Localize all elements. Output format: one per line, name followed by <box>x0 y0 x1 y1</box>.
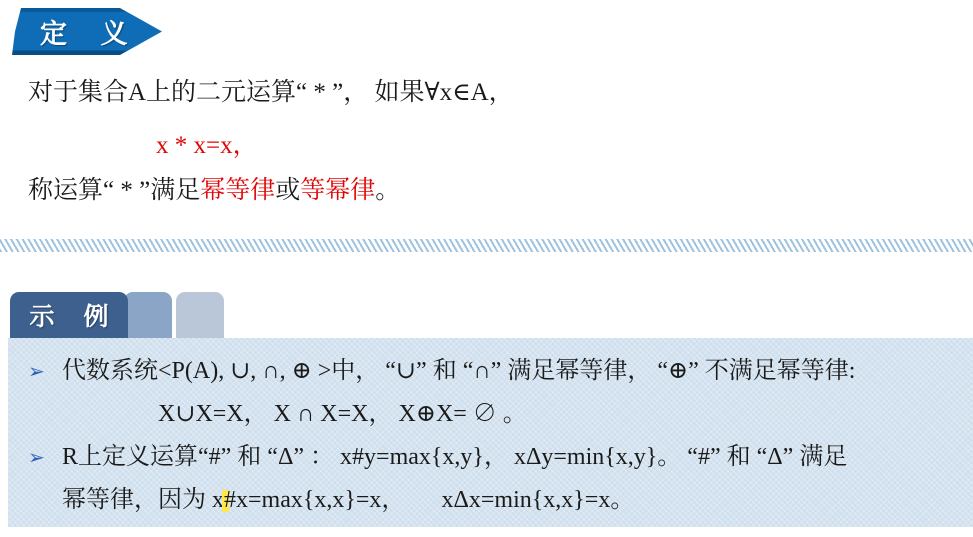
slide: 定 义 对于集合A上的二元运算“ * ”， 如果∀x∈A， x * x=x， 称… <box>0 0 973 537</box>
example-tab-mid-decoration <box>124 292 172 338</box>
text-segment: 幂等律 <box>200 177 275 204</box>
text-segment: 等幂律 <box>300 177 375 204</box>
striped-divider <box>0 239 973 252</box>
bullet-arrow-icon: ➢ <box>28 350 62 393</box>
text-segment: 或 <box>275 177 300 204</box>
bullet-row-1: ➢ 代数系统<P(A), ∪, ∩, ⊕ >中， “∪” 和 “∩” 满足幂等律… <box>28 350 957 393</box>
text-segment: 称运算“ * ”满足 <box>28 177 200 204</box>
definition-line3: 称运算“ * ”满足幂等律或等幂律。 <box>28 174 957 207</box>
bullet-1-line-1: 代数系统<P(A), ∪, ∩, ⊕ >中， “∪” 和 “∩” 满足幂等律， … <box>62 350 855 393</box>
definition-banner-label: 定 义 <box>12 12 141 51</box>
definition-banner: 定 义 <box>12 8 162 55</box>
bullet-arrow-icon: ➢ <box>28 436 62 479</box>
example-banner-label: 示 例 <box>19 297 120 333</box>
definition-text: 对于集合A上的二元运算“ * ”， 如果∀x∈A， x * x=x， 称运算“ … <box>28 68 957 207</box>
text-segment: 幂等律，因为 x <box>62 487 224 513</box>
example-tab-light-decoration <box>176 292 224 338</box>
example-tab-main: 示 例 <box>10 292 128 338</box>
text-segment: x=max{x,x}=x， <box>236 487 405 513</box>
text-segment: 。 <box>375 177 400 204</box>
bullet-2-line-1: R上定义运算“#” 和 “Δ” ： x#y=max{x,y}， xΔy=min{… <box>62 436 847 479</box>
example-box: ➢ 代数系统<P(A), ∪, ∩, ⊕ >中， “∪” 和 “∩” 满足幂等律… <box>8 338 973 527</box>
text-segment: # <box>224 487 236 513</box>
definition-line1: 对于集合A上的二元运算“ * ”， 如果∀x∈A， <box>28 76 957 109</box>
bullet-2-line-2: 幂等律，因为 x#x=max{x,x}=x， xΔx=min{x,x}=x。 <box>62 479 957 522</box>
bullet-row-2: ➢ R上定义运算“#” 和 “Δ” ： x#y=max{x,y}， xΔy=mi… <box>28 436 957 479</box>
text-segment: xΔx=min{x,x}=x。 <box>405 487 634 513</box>
definition-formula: x * x=x， <box>156 129 957 162</box>
bullet-1-line-2: X∪X=X， X ∩ X=X， X⊕X= ∅ 。 <box>158 393 957 436</box>
